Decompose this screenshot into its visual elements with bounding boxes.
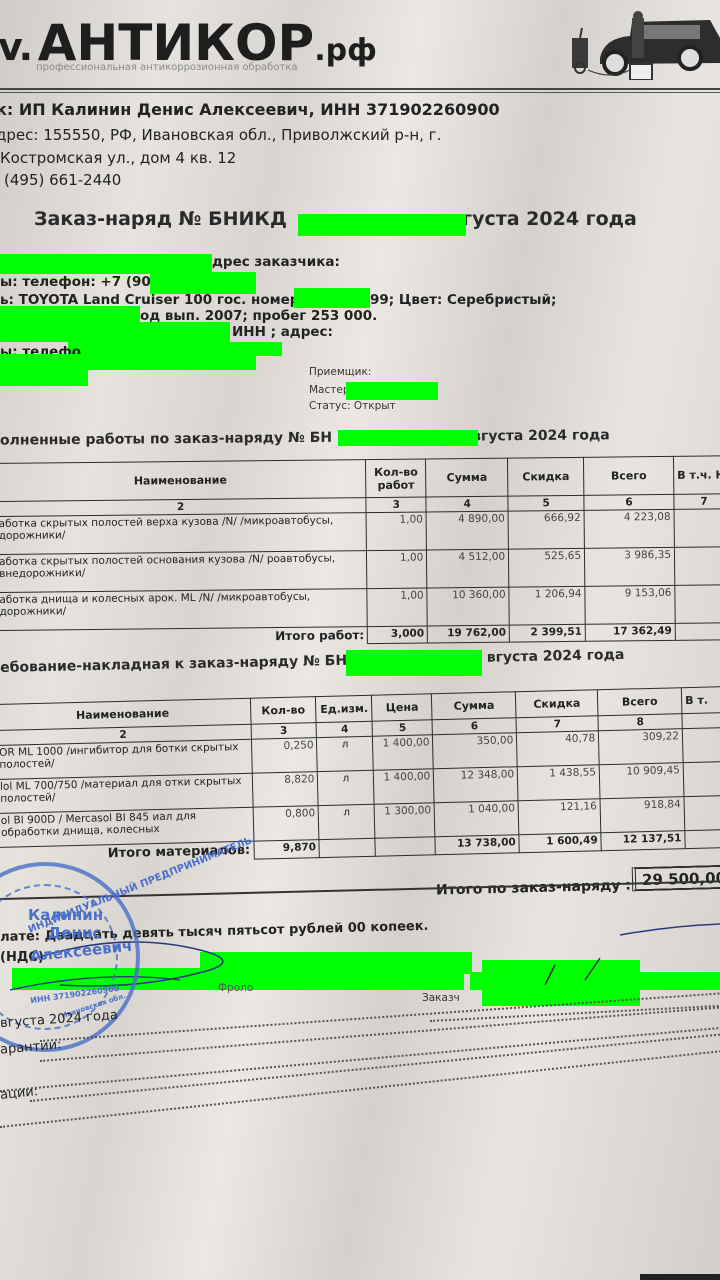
materials-total-total: 12 137,51 (601, 831, 685, 851)
redaction-block (0, 370, 88, 386)
materials-total-empty (319, 838, 375, 857)
cell-total: 3 986,35 (585, 547, 675, 586)
vendor-address-1: дрес: 155550, РФ, Ивановская обл., Приво… (0, 126, 441, 144)
materials-table: Наименование Кол-во Ед.изм. Цена Сумма С… (0, 686, 720, 866)
cell-sum: 1 040,00 (434, 801, 519, 837)
works-total-discount: 2 399,51 (509, 624, 585, 641)
customer-inn-address: ИНН ; адрес: (232, 324, 333, 340)
cell-total: 4 223,08 (584, 509, 674, 548)
company-tagline: профессиональная антикоррозионная обрабо… (36, 62, 297, 73)
cell-qty: 1,00 (367, 588, 427, 627)
materials-total-qty: 9,870 (253, 840, 319, 859)
cell-total: 9 153,06 (585, 585, 675, 624)
header-divider (0, 88, 720, 93)
customer-address-label: дрес заказчика: (212, 254, 340, 270)
cell-total: 918,84 (600, 797, 685, 833)
cell-price: 1 400,00 (373, 735, 434, 770)
works-table: Наименование Кол-во работ Сумма Скидка В… (0, 455, 720, 647)
materials-total-empty (375, 837, 435, 856)
works-section-title: олненные работы по заказ-наряду № БНвгус… (0, 427, 610, 448)
col-header: Всего (584, 456, 674, 495)
col-header: Цена (372, 694, 433, 721)
work-order-document: v. АНТИКОР.рф профессиональная антикорро… (0, 0, 720, 1280)
cell-sum: 4 512,00 (427, 549, 509, 588)
logo-prefix: v. (0, 25, 32, 69)
column-number (682, 712, 720, 728)
materials-title-right: вгуста 2024 года (487, 647, 625, 666)
order-title-left: Заказ-наряд № БНИКД (34, 208, 287, 230)
col-header: Кол-во (250, 697, 317, 725)
redaction-block (294, 288, 370, 308)
cell-name: аботка скрытых полостей основания кузова… (0, 551, 367, 593)
cell-vat (674, 509, 720, 548)
redaction-block (0, 254, 212, 274)
cell-discount: 666,92 (508, 510, 584, 549)
cell-qty: 0,800 (253, 806, 320, 842)
col-header: Сумма (432, 692, 517, 720)
redaction-block (298, 214, 466, 236)
stamp-name-2: Денис (48, 924, 101, 942)
cell-sum: 12 348,00 (434, 767, 519, 803)
redaction-block (346, 382, 438, 400)
cell-sum: 10 360,00 (427, 587, 509, 626)
redaction-block (150, 272, 256, 294)
cell-discount: 1 206,94 (509, 586, 585, 625)
cell-qty: 0,250 (251, 738, 318, 774)
cell-discount: 121,16 (518, 799, 601, 835)
cell-discount: 40,78 (517, 731, 600, 767)
materials-total-vat (685, 829, 720, 848)
vendor-address-2: Костромская ул., дом 4 кв. 12 (0, 149, 236, 167)
cell-qty: 1,00 (367, 550, 427, 589)
cell-discount: 525,65 (509, 548, 585, 587)
dotted-line (30, 1029, 720, 1102)
works-title-left: олненные работы по заказ-наряду № БН (0, 430, 332, 449)
column-number: 3 (251, 723, 317, 740)
works-title-right: вгуста 2024 года (472, 427, 610, 444)
customer-contacts: ы: телефон: +7 (903 (0, 274, 160, 290)
works-total-total: 17 362,49 (585, 623, 675, 640)
cell-qty: 1,00 (366, 512, 426, 551)
redaction-block (346, 650, 482, 676)
cell-unit: л (319, 804, 376, 839)
column-number: 7 (674, 494, 720, 510)
column-number: 4 (317, 721, 373, 737)
grand-total-value: 29 500,00 (632, 865, 720, 892)
order-title-right: вгуста 2024 года (450, 208, 637, 230)
cell-vat (682, 727, 720, 762)
works-total-qty: 3,000 (368, 626, 428, 643)
col-header: В т.ч. Н (673, 456, 720, 495)
col-header: Наименование (0, 460, 366, 502)
cell-sum: 4 890,00 (426, 511, 508, 550)
col-header: Кол-во работ (366, 459, 426, 498)
cell-total: 309,22 (599, 729, 684, 765)
cell-total: 10 909,45 (599, 763, 684, 799)
column-number: 3 (366, 497, 426, 513)
col-header: Скидка (516, 690, 599, 718)
cell-vat (683, 761, 720, 796)
stamp-name-1: Калинин (28, 906, 103, 924)
materials-total-discount: 1 600,49 (519, 833, 601, 852)
dotted-line (0, 1049, 720, 1128)
col-header: Ед.изм. (316, 695, 373, 722)
col-header: Скидка (508, 457, 584, 496)
col-header: Всего (598, 688, 682, 716)
column-number: 4 (426, 496, 508, 512)
redaction-block (338, 430, 478, 446)
vintage-car-icon (570, 8, 720, 80)
materials-section-title: ебование-накладная к заказ-наряду № БНИв… (0, 647, 624, 676)
master-label: Мастер (309, 384, 350, 396)
cell-unit: л (318, 770, 375, 805)
works-total-label: Итого работ: (0, 627, 368, 647)
col-header: Сумма (426, 458, 508, 497)
cell-unit: л (317, 736, 374, 771)
cell-name: аботка скрытых полостей верха кузова /N/… (0, 513, 367, 555)
cell-vat (684, 795, 720, 830)
status-label: Статус: Открыт (309, 400, 396, 412)
cell-vat (674, 547, 720, 586)
vendor-name: к: ИП Калинин Денис Алексеевич, ИНН 3719… (0, 100, 500, 119)
column-number: 5 (372, 720, 432, 736)
cell-vat (675, 585, 720, 624)
vehicle-color: 99; Цвет: Серебристый; (370, 292, 556, 308)
cell-price: 1 400,00 (374, 769, 435, 804)
receiver-label: Приемщик: (309, 366, 371, 378)
cell-name: аботка днища и колесных арок. ML /N/ /ми… (0, 589, 368, 631)
redaction-block (0, 322, 230, 342)
cell-price: 1 300,00 (375, 803, 436, 838)
materials-total-sum: 13 738,00 (435, 835, 519, 855)
redaction-block (0, 354, 256, 370)
col-header: В т. (681, 686, 720, 713)
background-edge (640, 1274, 720, 1280)
cell-sum: 350,00 (433, 733, 518, 769)
cell-qty: 8,820 (252, 772, 319, 808)
vendor-phone: (495) 661-2440 (4, 171, 121, 189)
materials-title-left: ебование-накладная к заказ-наряду № БНИ (0, 652, 359, 676)
works-total-sum: 19 762,00 (428, 625, 510, 642)
column-number: 5 (508, 495, 584, 511)
cell-discount: 1 438,55 (517, 765, 600, 801)
logo-tld: .рф (314, 33, 377, 68)
column-number: 6 (584, 494, 674, 510)
works-total-vat (675, 623, 720, 640)
